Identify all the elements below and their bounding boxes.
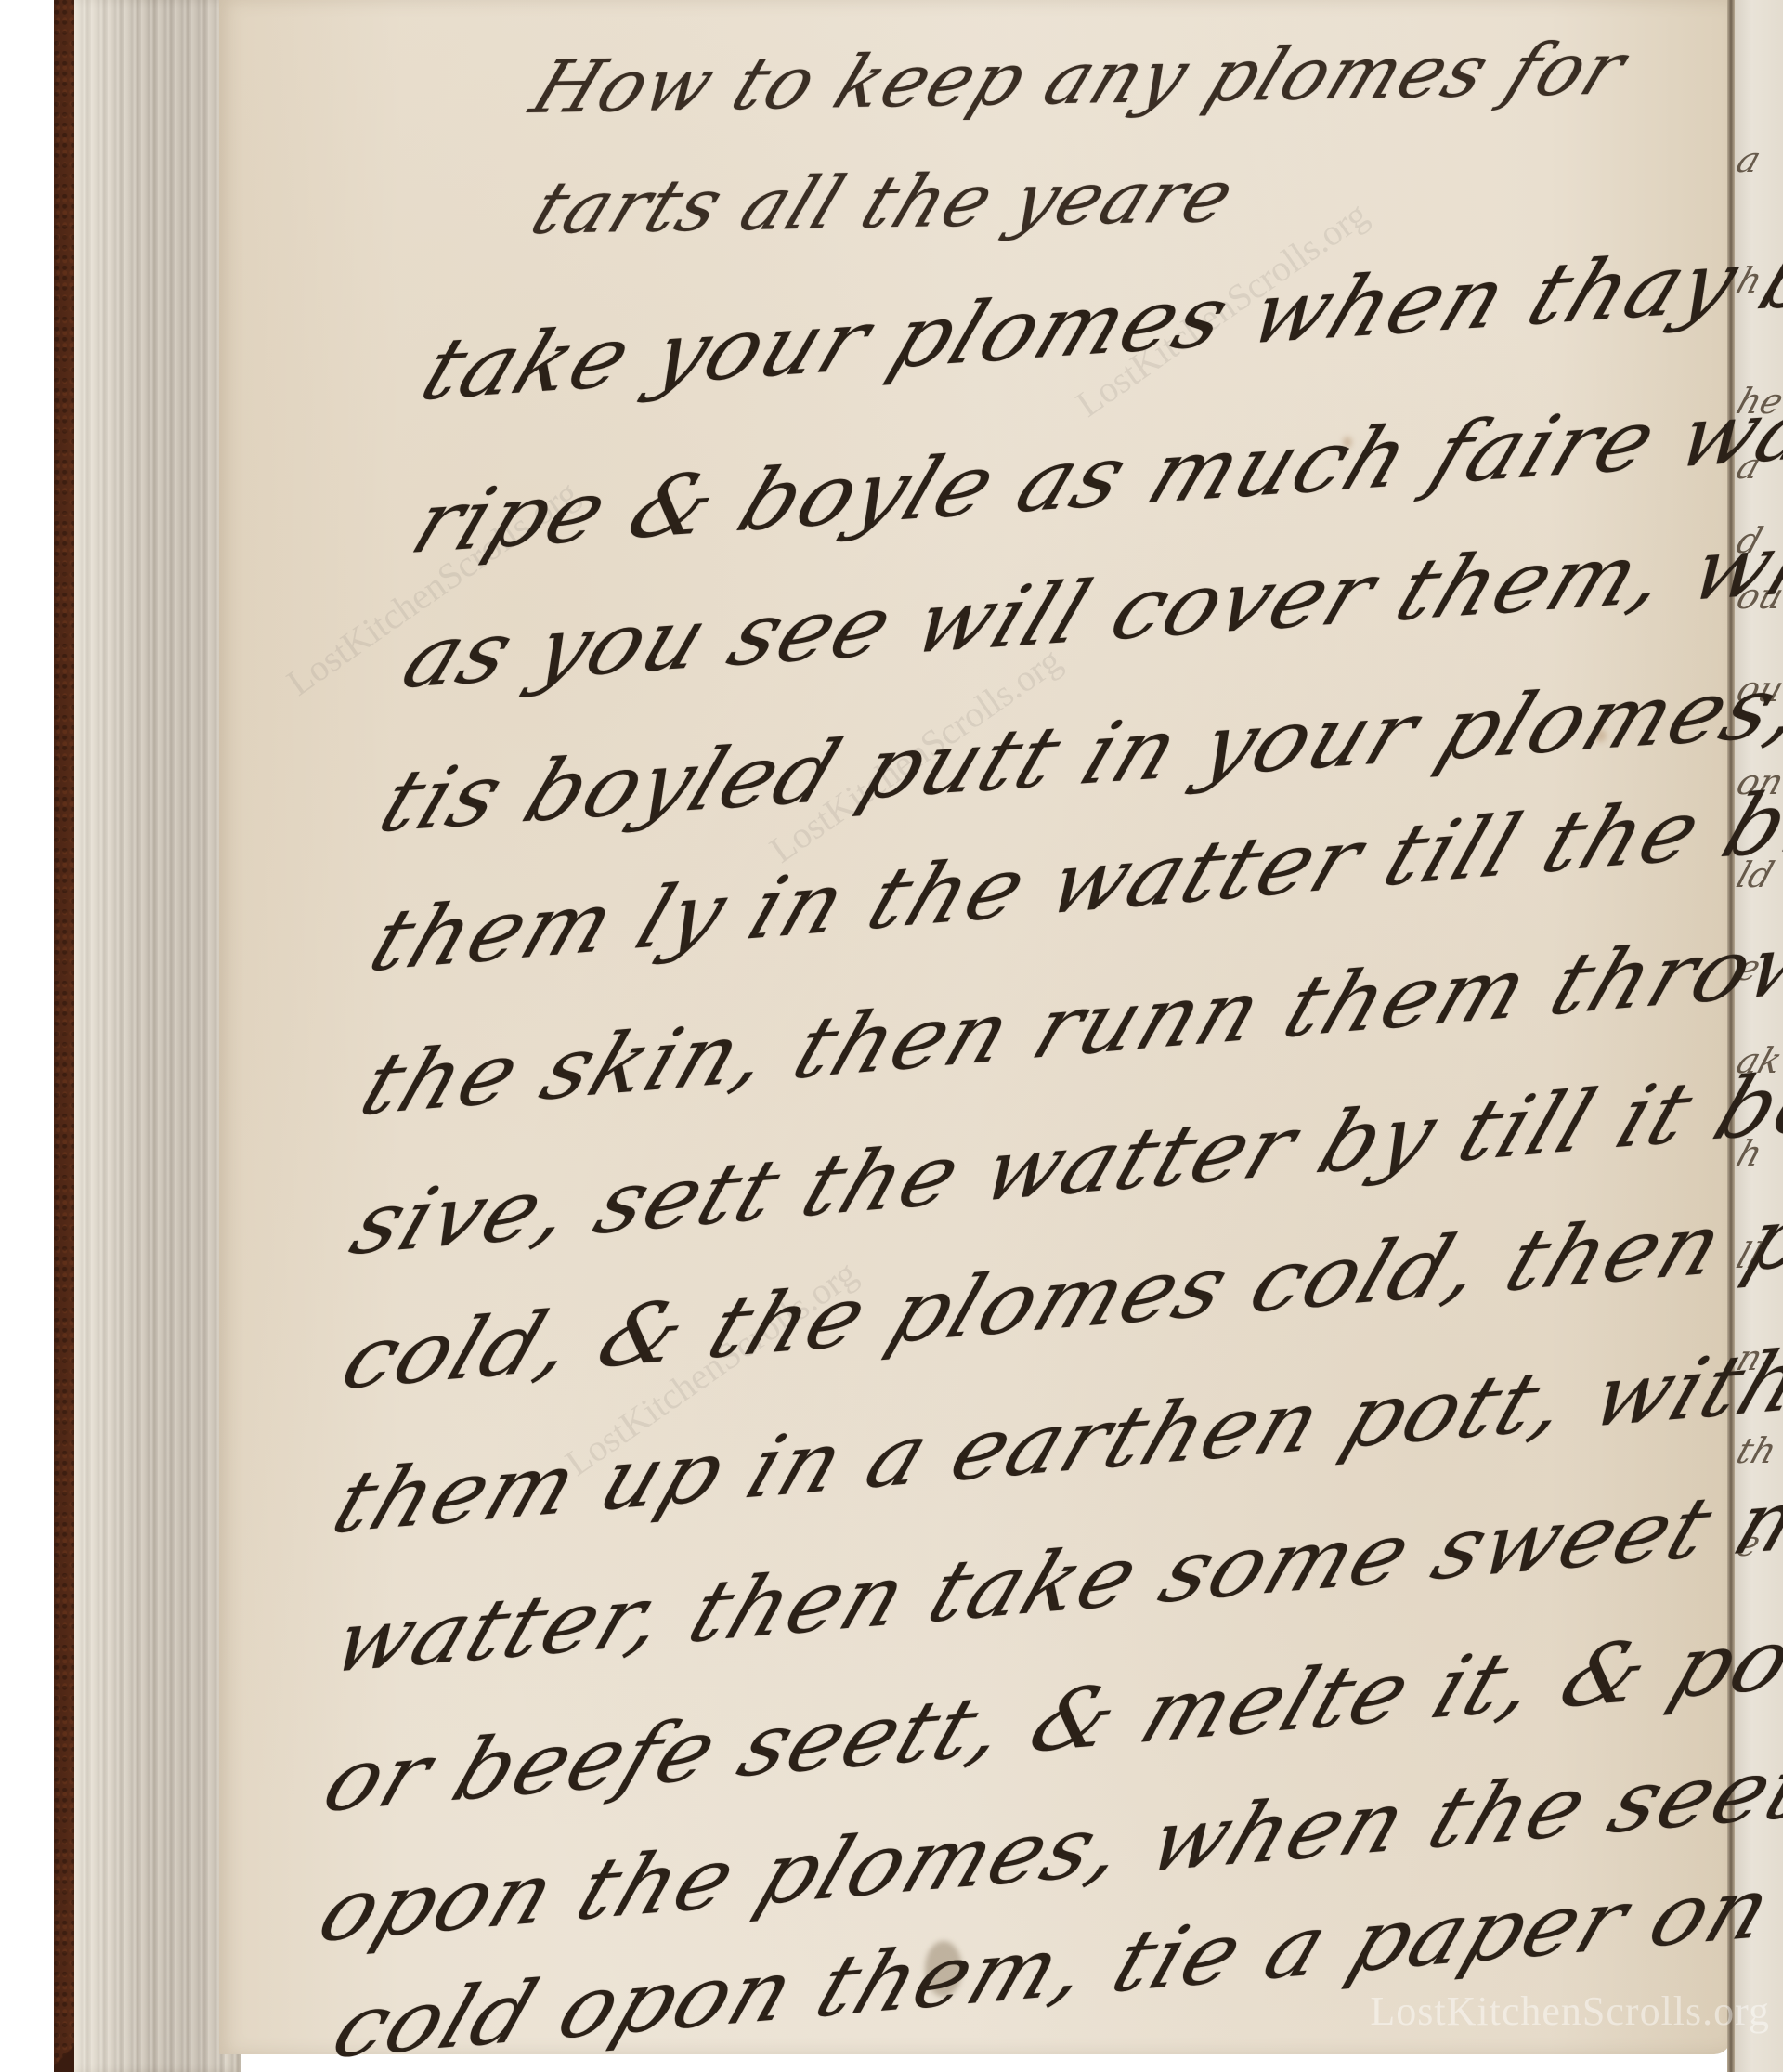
- facing-fragment: d: [1735, 520, 1767, 561]
- facing-fragment: e: [1735, 947, 1766, 988]
- paper-spot: [1343, 437, 1352, 448]
- paper-spot: [1594, 729, 1607, 742]
- facing-fragment: h: [1735, 260, 1768, 301]
- parchment-page: [219, 0, 1731, 2054]
- page-gutter: [1727, 0, 1735, 2072]
- facing-fragment: ou: [1735, 576, 1783, 617]
- facing-fragment: a: [1735, 139, 1766, 180]
- manuscript-scan: a h he a d ou ou on ld e ak h ll n th e …: [0, 0, 1783, 2072]
- facing-fragment: n: [1735, 1337, 1768, 1378]
- facing-fragment: he: [1735, 381, 1783, 422]
- facing-fragment: th: [1735, 1430, 1782, 1471]
- facing-fragment: e: [1735, 1523, 1766, 1564]
- facing-fragment: on: [1735, 762, 1783, 802]
- stacked-page-edges: [74, 0, 241, 2072]
- facing-fragment: ll: [1735, 1235, 1767, 1276]
- facing-page-edge: a h he a d ou ou on ld e ak h ll n th e: [1735, 0, 1783, 2072]
- facing-fragment: a: [1735, 446, 1766, 487]
- facing-fragment: h: [1735, 1133, 1768, 1174]
- facing-fragment: ld: [1735, 854, 1779, 895]
- facing-fragment: ou: [1735, 669, 1783, 710]
- ink-stain: [925, 1941, 962, 1997]
- facing-fragment: ak: [1735, 1040, 1783, 1081]
